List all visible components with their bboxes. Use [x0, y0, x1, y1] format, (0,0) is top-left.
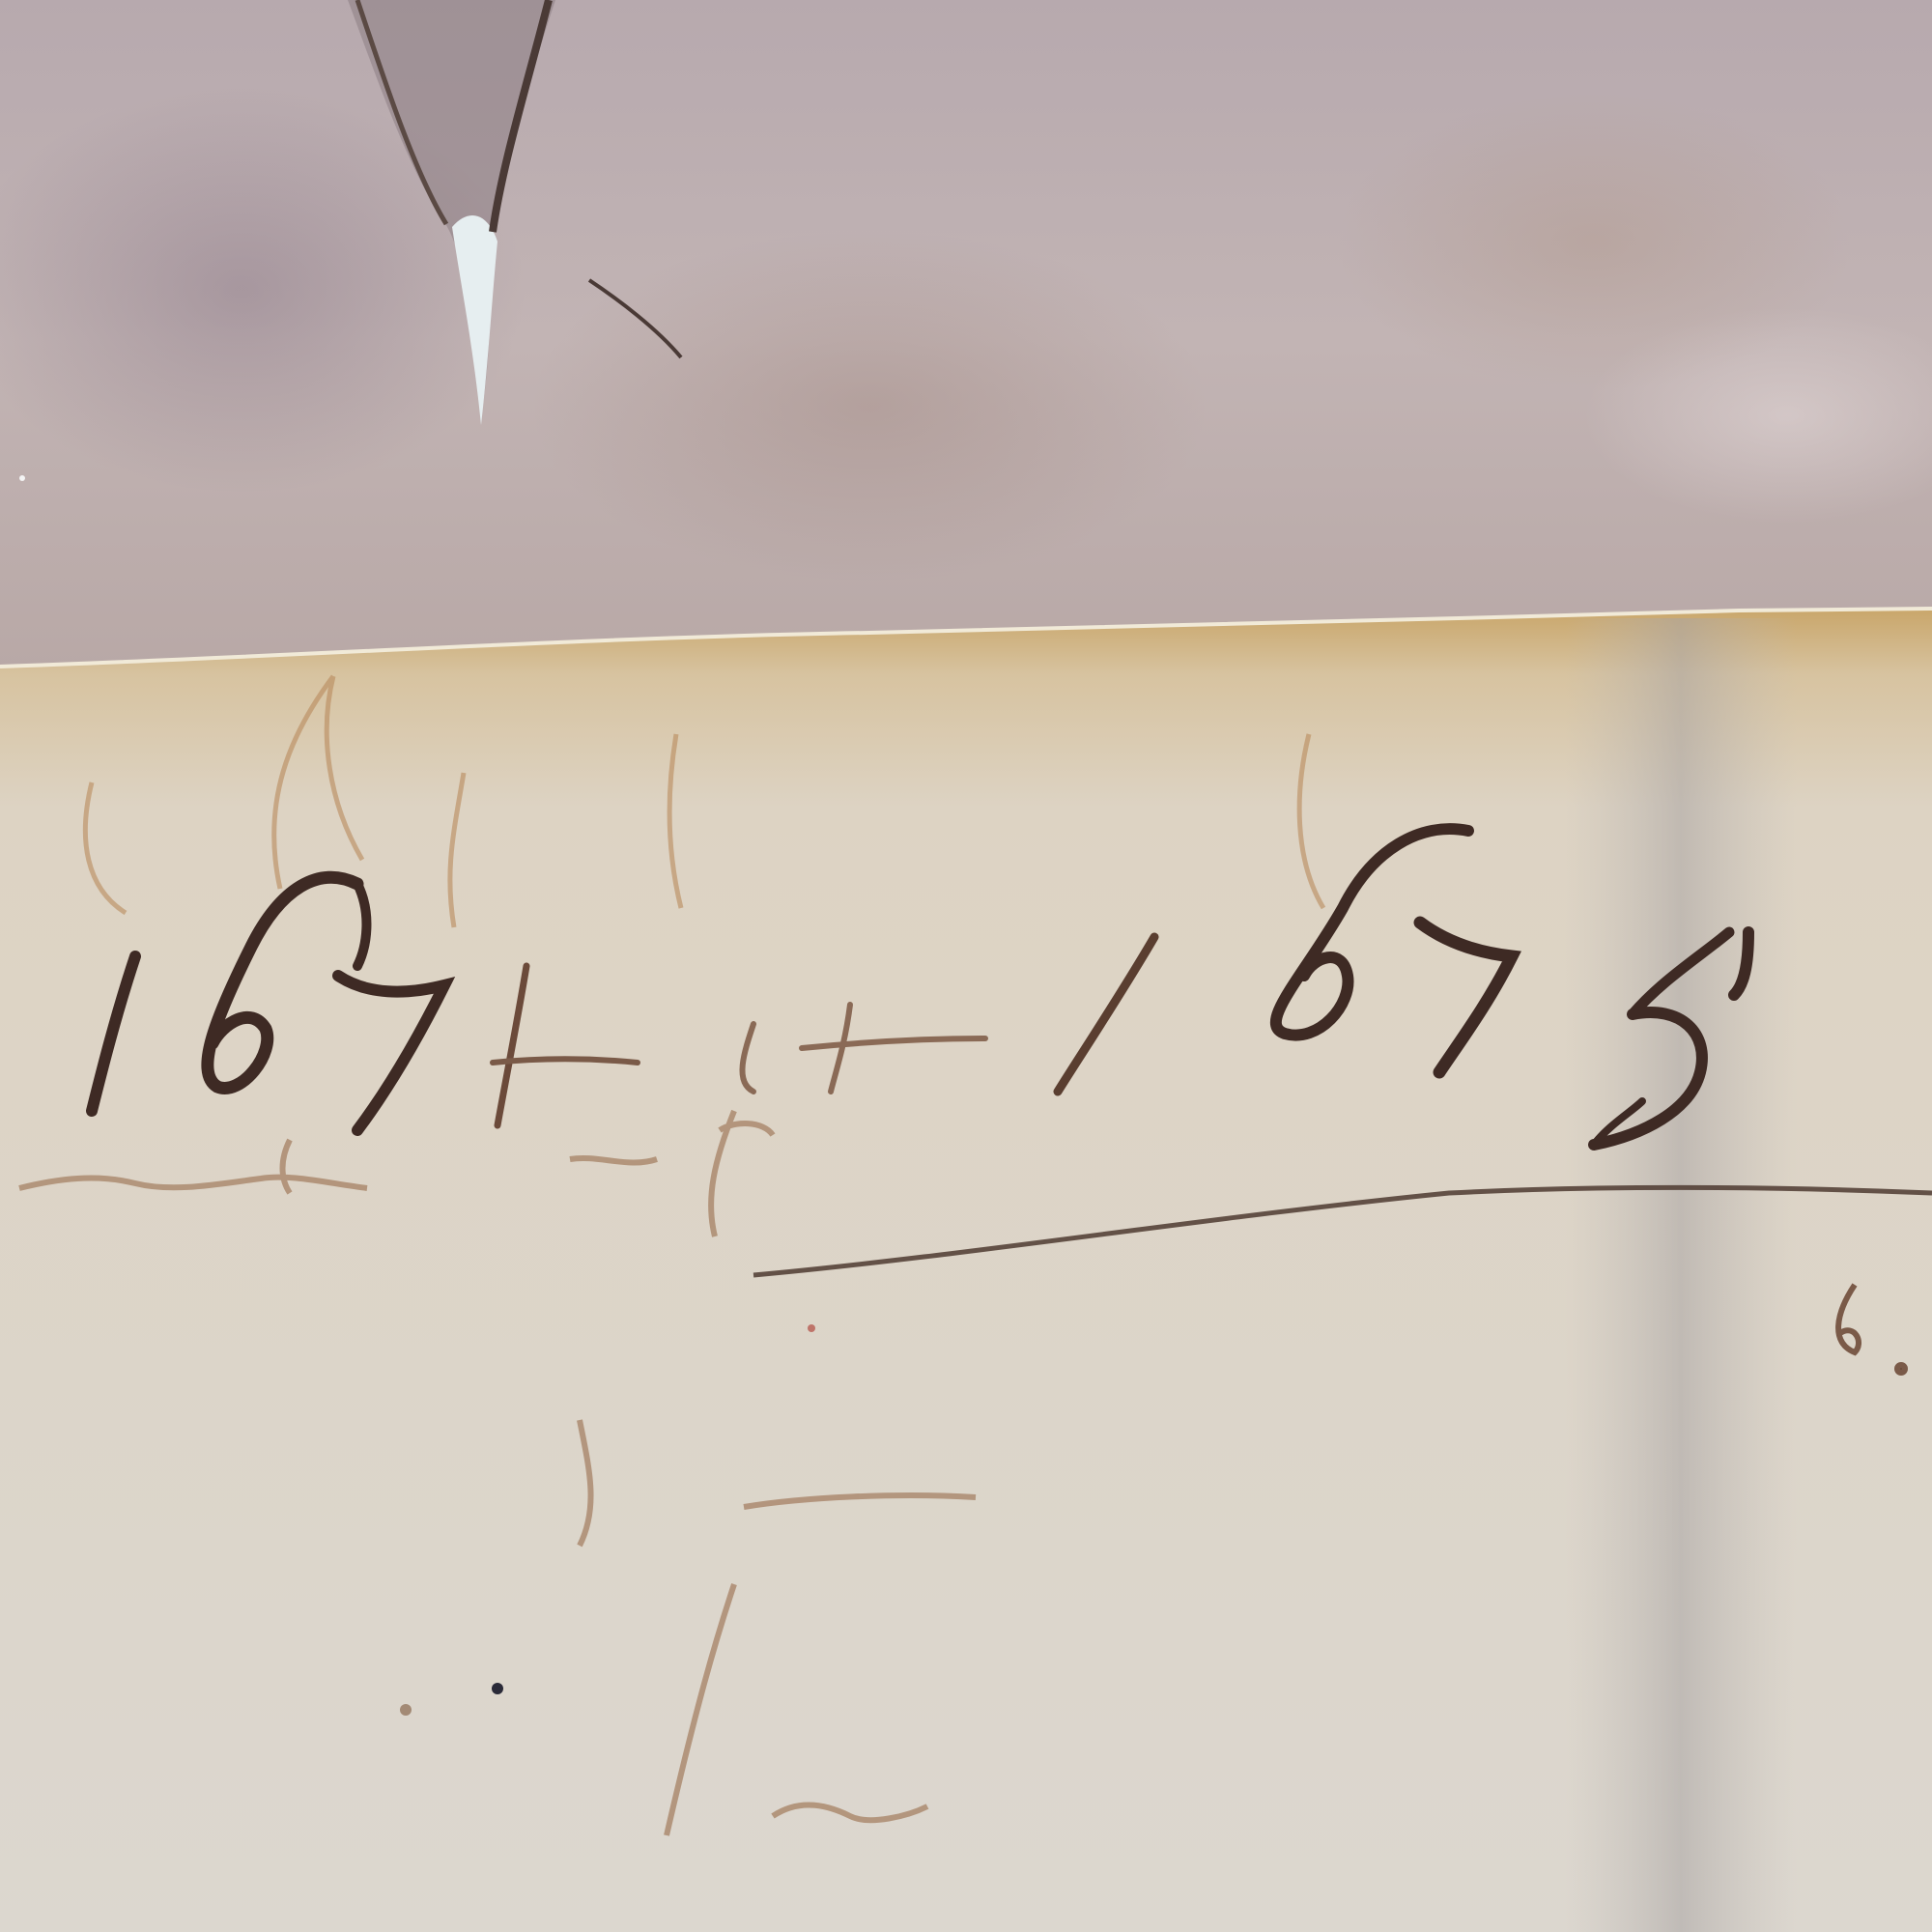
parchment-photo: 1674-1675: [0, 0, 1932, 1932]
manuscript-page: [0, 0, 1932, 1932]
handwritten-date: 1674-1675: [58, 831, 63, 832]
ink-speck: [492, 1683, 503, 1694]
